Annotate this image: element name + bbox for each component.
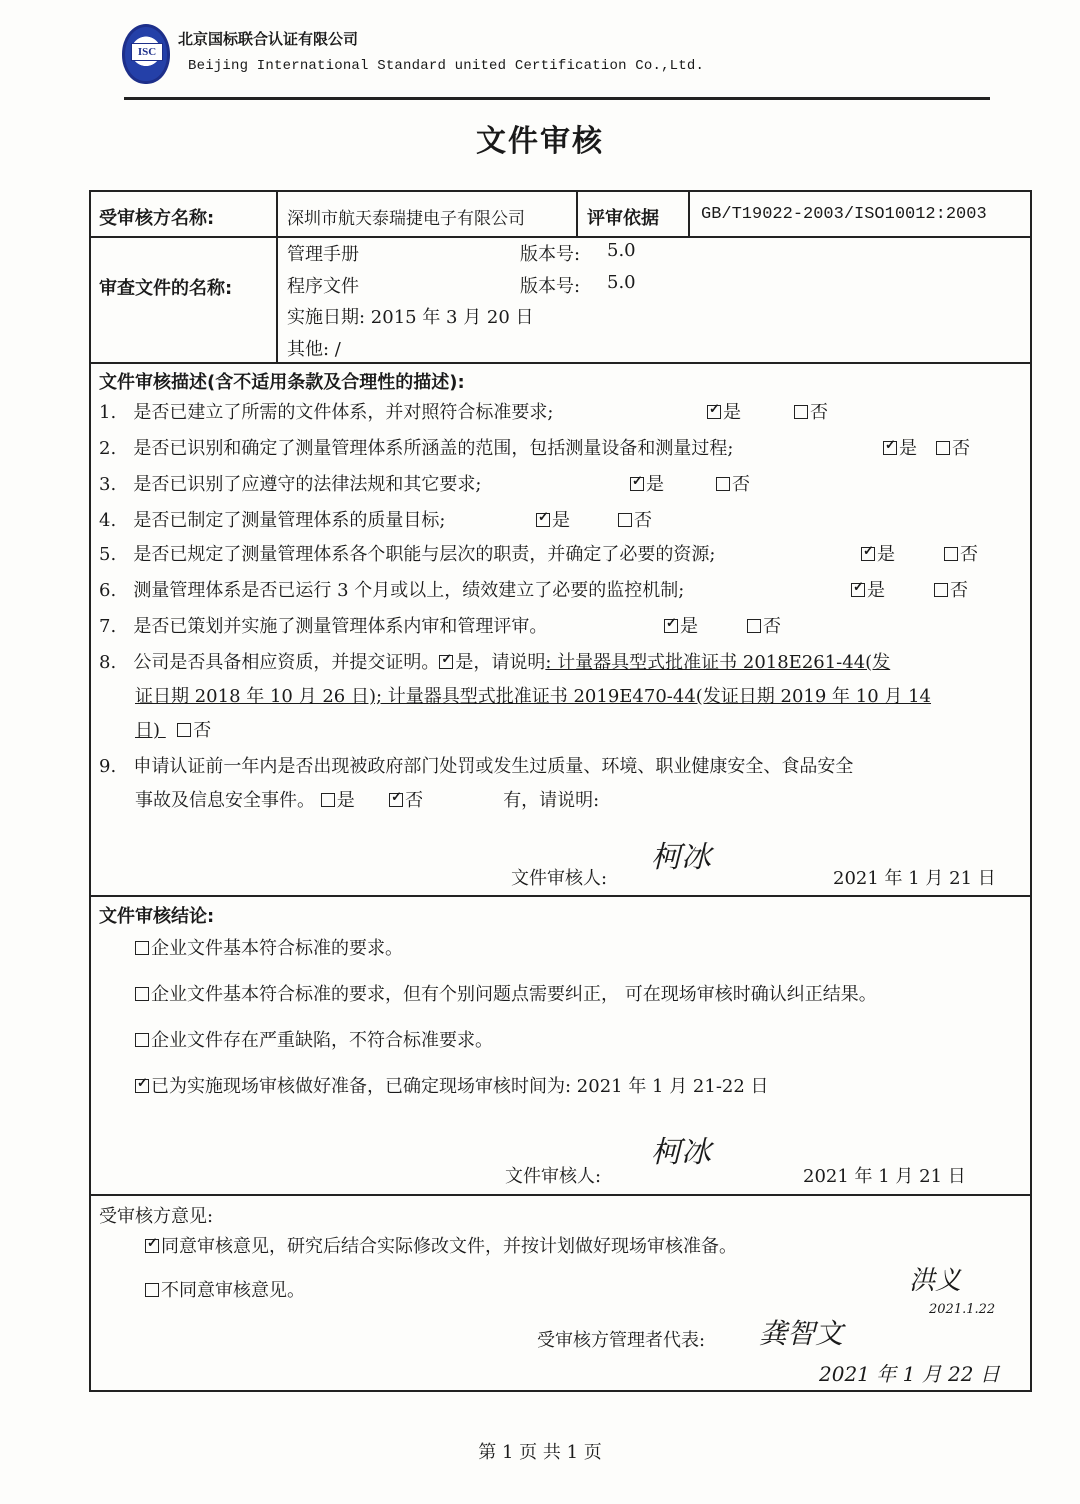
review-item-5: 5. 是否已规定了测量管理体系各个职能与层次的职责，并确定了必要的资源; xyxy=(99,540,715,566)
no-label: 否 xyxy=(732,474,750,495)
item-6-yes[interactable]: 是 xyxy=(851,576,885,602)
conclusion-option-2[interactable]: 企业文件基本符合标准的要求，但有个别问题点需要纠正， 可在现场审核时确认纠正结果… xyxy=(135,980,877,1006)
page-number: 第 1 页 共 1 页 xyxy=(0,1438,1080,1464)
no-label: 否 xyxy=(952,438,970,459)
item-number: 3. xyxy=(99,474,116,495)
checkbox-empty-icon[interactable] xyxy=(135,987,149,1001)
item-text: 公司是否具备相应资质，并提交证明。 xyxy=(133,652,439,673)
extra-signature: 洪义 xyxy=(909,1260,961,1297)
auditor-label: 文件审核人: xyxy=(511,864,607,890)
yes-label: 是 xyxy=(867,580,885,601)
item-number: 2. xyxy=(99,438,116,459)
review-item-4: 4. 是否已制定了测量管理体系的质量目标; xyxy=(99,506,445,532)
item-7-no[interactable]: 否 xyxy=(747,612,781,638)
conclusion-option-1[interactable]: 企业文件基本符合标准的要求。 xyxy=(135,934,403,960)
explanation-line-1: : 计量器具型式批准证书 2018E261-44(发 xyxy=(545,652,890,673)
divider xyxy=(91,1194,1030,1196)
item-text: 是否已规定了测量管理体系各个职能与层次的职责，并确定了必要的资源; xyxy=(133,544,715,565)
doc-manual-version: 5.0 xyxy=(607,240,636,261)
yes-label: 是 xyxy=(877,544,895,565)
divider xyxy=(91,236,1030,238)
header-divider xyxy=(124,97,990,100)
item-text: 申请认证前一年内是否出现被政府部门处罚或发生过质量、环境、职业健康安全、食品安全 xyxy=(133,756,853,777)
item-number: 7. xyxy=(99,616,116,637)
checkbox-empty-icon[interactable] xyxy=(936,441,950,455)
checkbox-checked-icon[interactable] xyxy=(664,619,678,633)
review-heading: 文件审核描述(含不适用条款及合理性的描述): xyxy=(99,368,465,394)
yes-label: 是 xyxy=(680,616,698,637)
checkbox-empty-icon[interactable] xyxy=(747,619,761,633)
checkbox-checked-icon[interactable] xyxy=(861,547,875,561)
review-item-2: 2. 是否已识别和确定了测量管理体系所涵盖的范围，包括测量设备和测量过程; xyxy=(99,434,733,460)
item-text-2: 事故及信息安全事件。 xyxy=(135,790,315,811)
no-label: 否 xyxy=(634,510,652,531)
basis-value: GB/T19022-2003/ISO10012:2003 xyxy=(701,205,987,224)
company-name-en: Beijing International Standard united Ce… xyxy=(188,58,704,74)
basis-label: 评审依据 xyxy=(587,204,659,230)
auditor-signature: 柯冰 xyxy=(651,832,711,876)
other-docs: 其他: / xyxy=(287,335,341,361)
checkbox-empty-icon[interactable] xyxy=(135,1033,149,1047)
auditee-value: 深圳市航天泰瑞捷电子有限公司 xyxy=(287,204,525,229)
option-label: 企业文件基本符合标准的要求。 xyxy=(151,938,403,959)
divider xyxy=(688,192,690,236)
option-label: 企业文件基本符合标准的要求，但有个别问题点需要纠正， 可在现场审核时确认纠正结果… xyxy=(151,984,877,1005)
no-label: 否 xyxy=(810,402,828,423)
divider xyxy=(91,362,1030,364)
item-3-yes[interactable]: 是 xyxy=(630,470,664,496)
no-label: 否 xyxy=(405,790,423,811)
opinion-date: 2021 年 1 月 22 日 xyxy=(819,1358,1000,1387)
checkbox-empty-icon[interactable] xyxy=(934,583,948,597)
item-text: 测量管理体系是否已运行 3 个月或以上，绩效建立了必要的监控机制; xyxy=(133,580,684,601)
item-4-yes[interactable]: 是 xyxy=(536,506,570,532)
effective-date: 实施日期: 2015 年 3 月 20 日 xyxy=(287,303,534,329)
yes-label: 是 xyxy=(455,652,473,673)
review-item-3: 3. 是否已识别了应遵守的法律法规和其它要求; xyxy=(99,470,481,496)
explain-label: ，请说明 xyxy=(473,652,545,673)
checkbox-empty-icon[interactable] xyxy=(321,793,335,807)
document-title: 文件审核 xyxy=(0,116,1080,160)
conclusion-date: 2021 年 1 月 21 日 xyxy=(803,1162,966,1188)
logo-text: ISC xyxy=(131,43,163,61)
checkbox-checked-icon[interactable] xyxy=(389,793,403,807)
item-5-yes[interactable]: 是 xyxy=(861,540,895,566)
conclusion-auditor-signature: 柯冰 xyxy=(651,1127,711,1171)
opinion-heading: 受审核方意见: xyxy=(99,1202,213,1228)
item-text: 是否已识别了应遵守的法律法规和其它要求; xyxy=(133,474,481,495)
checkbox-empty-icon[interactable] xyxy=(716,477,730,491)
item-number: 1. xyxy=(99,402,116,423)
item-text: 是否已识别和确定了测量管理体系所涵盖的范围，包括测量设备和测量过程; xyxy=(133,438,733,459)
review-item-7: 7. 是否已策划并实施了测量管理体系内审和管理评审。 xyxy=(99,612,547,638)
explain-label: 有，请说明: xyxy=(503,790,599,811)
item-2-no[interactable]: 否 xyxy=(936,434,970,460)
review-item-8: 8. 公司是否具备相应资质，并提交证明。是，请说明: 计量器具型式批准证书 20… xyxy=(99,648,890,674)
conclusion-option-3[interactable]: 企业文件存在严重缺陷，不符合标准要求。 xyxy=(135,1026,493,1052)
divider xyxy=(91,895,1030,897)
item-number: 8. xyxy=(99,652,116,673)
item-4-no[interactable]: 否 xyxy=(618,506,652,532)
checkbox-empty-icon[interactable] xyxy=(618,513,632,527)
item-number: 4. xyxy=(99,510,116,531)
yes-label: 是 xyxy=(723,402,741,423)
yes-label: 是 xyxy=(646,474,664,495)
conclusion-option-4[interactable]: 已为实施现场审核做好准备，已确定现场审核时间为: 2021 年 1 月 21-2… xyxy=(135,1072,769,1098)
review-item-9: 9. 申请认证前一年内是否出现被政府部门处罚或发生过质量、环境、职业健康安全、食… xyxy=(99,752,853,778)
docs-label: 审查文件的名称: xyxy=(99,274,232,300)
item-number: 6. xyxy=(99,580,116,601)
divider xyxy=(276,192,278,362)
review-item-6: 6. 测量管理体系是否已运行 3 个月或以上，绩效建立了必要的监控机制; xyxy=(99,576,684,602)
item-text: 是否已建立了所需的文件体系，并对照符合标准要求; xyxy=(133,402,553,423)
doc-manual-version-label: 版本号: xyxy=(520,240,580,266)
no-label: 否 xyxy=(763,616,781,637)
item-7-yes[interactable]: 是 xyxy=(664,612,698,638)
checkbox-empty-icon[interactable] xyxy=(145,1283,159,1297)
checkbox-checked-icon[interactable] xyxy=(145,1239,159,1253)
explanation-line-3-row: 日) 否 xyxy=(135,716,211,742)
item-5-no[interactable]: 否 xyxy=(944,540,978,566)
extra-signature-date: 2021.1.22 xyxy=(929,1302,995,1317)
yes-label: 是 xyxy=(899,438,917,459)
checkbox-checked-icon[interactable] xyxy=(630,477,644,491)
checkbox-empty-icon[interactable] xyxy=(944,547,958,561)
auditee-label: 受审核方名称: xyxy=(99,204,214,230)
checkbox-empty-icon[interactable] xyxy=(794,405,808,419)
option-label: 已为实施现场审核做好准备，已确定现场审核时间为: 2021 年 1 月 21-2… xyxy=(151,1076,769,1097)
item-1-yes[interactable]: 是 xyxy=(707,398,741,424)
item-text: 是否已策划并实施了测量管理体系内审和管理评审。 xyxy=(133,616,547,637)
rep-signature: 龚智文 xyxy=(759,1312,843,1352)
doc-procedure-version-label: 版本号: xyxy=(520,272,580,298)
explanation-line-2: 证日期 2018 年 10 月 26 日); 计量器具型式批准证书 2019E4… xyxy=(135,682,931,708)
item-3-no[interactable]: 否 xyxy=(716,470,750,496)
item-number: 5. xyxy=(99,544,116,565)
item-number: 9. xyxy=(99,756,116,777)
company-name-cn: 北京国标联合认证有限公司 xyxy=(178,28,358,49)
isc-logo: ISC xyxy=(122,24,170,84)
checkbox-empty-icon[interactable] xyxy=(135,941,149,955)
checkbox-checked-icon[interactable] xyxy=(536,513,550,527)
no-label: 否 xyxy=(193,720,211,741)
divider xyxy=(576,192,578,236)
conclusion-heading: 文件审核结论: xyxy=(99,902,214,928)
checkbox-checked-icon[interactable] xyxy=(883,441,897,455)
doc-procedure-version: 5.0 xyxy=(607,272,636,293)
opinion-agree[interactable]: 同意审核意见，研究后结合实际修改文件，并按计划做好现场审核准备。 xyxy=(145,1232,737,1258)
review-item-1: 1. 是否已建立了所需的文件体系，并对照符合标准要求; xyxy=(99,398,553,424)
doc-manual-name: 管理手册 xyxy=(287,240,359,266)
checkbox-checked-icon[interactable] xyxy=(135,1079,149,1093)
opinion-disagree[interactable]: 不同意审核意见。 xyxy=(145,1276,305,1302)
audit-form: 受审核方名称: 深圳市航天泰瑞捷电子有限公司 评审依据 GB/T19022-20… xyxy=(89,190,1032,1392)
yes-label: 是 xyxy=(552,510,570,531)
doc-procedure-name: 程序文件 xyxy=(287,272,359,298)
no-label: 否 xyxy=(960,544,978,565)
rep-label: 受审核方管理者代表: xyxy=(537,1326,705,1352)
no-label: 否 xyxy=(950,580,968,601)
item-2-yes[interactable]: 是 xyxy=(883,434,917,460)
checkbox-checked-icon[interactable] xyxy=(707,405,721,419)
review-item-9-line-2: 事故及信息安全事件。 是 否 有，请说明: xyxy=(135,786,599,812)
item-6-no[interactable]: 否 xyxy=(934,576,968,602)
option-label: 同意审核意见，研究后结合实际修改文件，并按计划做好现场审核准备。 xyxy=(161,1236,737,1257)
checkbox-empty-icon[interactable] xyxy=(177,723,191,737)
conclusion-auditor-label: 文件审核人: xyxy=(505,1162,601,1188)
item-1-no[interactable]: 否 xyxy=(794,398,828,424)
item-text: 是否已制定了测量管理体系的质量目标; xyxy=(133,510,445,531)
checkbox-checked-icon[interactable] xyxy=(439,655,453,669)
yes-label: 是 xyxy=(337,790,355,811)
review-date: 2021 年 1 月 21 日 xyxy=(833,864,996,890)
explanation-line-3: 日) xyxy=(135,720,166,741)
option-label: 企业文件存在严重缺陷，不符合标准要求。 xyxy=(151,1030,493,1051)
checkbox-checked-icon[interactable] xyxy=(851,583,865,597)
option-label: 不同意审核意见。 xyxy=(161,1280,305,1301)
